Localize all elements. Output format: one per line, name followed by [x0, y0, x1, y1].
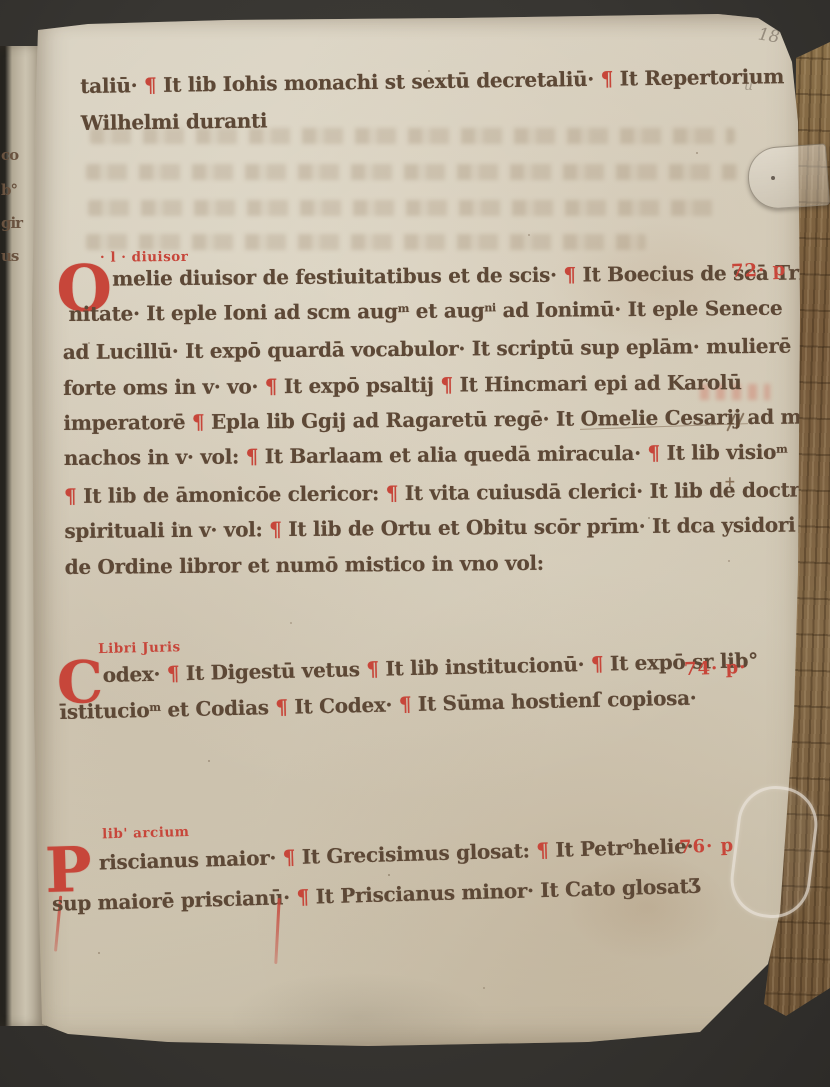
pilcrow-mark: ¶ — [536, 838, 556, 863]
photograph-background: { "manuscript": { "description": "Mediev… — [0, 0, 830, 1087]
margin-reference-mark: 76· p — [679, 835, 735, 858]
text-lines: melie diuisor de festiuitatibus et de sc… — [62, 255, 830, 585]
pilcrow-mark: ¶ — [386, 481, 405, 505]
parchment-specks — [28, 12, 30, 14]
text-run: riscianus maior· — [99, 845, 283, 874]
text-run: ni — [484, 301, 496, 314]
text-line: nitate· It eple Ioni ad scm augm et augn… — [62, 290, 830, 335]
pilcrow-mark: ¶ — [275, 695, 295, 719]
text-run: It Grecisimus glosat: — [301, 838, 536, 869]
text-run: taliū· — [80, 73, 144, 98]
text-run: It lib Iohis monachi st sextū decretaliū… — [163, 67, 601, 97]
parchment-stain — [228, 972, 488, 1062]
text-run: It lib de Ortu et Obitu scōr prīm· It dc… — [288, 513, 795, 541]
pilcrow-mark: ¶ — [64, 484, 83, 508]
text-run: nachos in v· vol: — [64, 444, 246, 470]
pilcrow-mark: ¶ — [265, 374, 284, 398]
edge-text-fragment: b° — [1, 181, 27, 199]
pilcrow-mark: ¶ — [144, 73, 163, 97]
tab-speck — [771, 176, 775, 180]
text-run: odex· — [102, 662, 167, 687]
text-run: Wilhelmi duranti — [81, 108, 268, 135]
text-lines: odex· ¶ It Digestū vetus ¶ It lib instit… — [58, 642, 759, 734]
showthrough-text-line — [88, 200, 718, 216]
pilcrow-mark: ¶ — [563, 262, 582, 286]
edge-text-fragment: co — [1, 146, 27, 164]
manuscript-page: 18 u taliū· ¶ It lib Iohis monachi st se… — [28, 12, 804, 1050]
text-run: m — [149, 701, 161, 714]
text-line: nachos in v· vol: ¶ It Barlaam et alia q… — [64, 434, 830, 479]
text-run: īstitucio — [59, 698, 149, 724]
pilcrow-mark: ¶ — [600, 66, 619, 90]
text-run: nitate· It eple Ioni ad scm aug — [68, 299, 397, 326]
catalog-entry-libri-arcium: lib' arcium P riscianus maior· ¶ It Grec… — [44, 812, 702, 922]
text-run: It Hincmari epi ad Karolū — [459, 370, 741, 396]
pilcrow-mark: ¶ — [296, 884, 316, 909]
text-run: It Codex· — [294, 692, 399, 718]
rubric-label: Libri Juris — [98, 639, 181, 657]
text-run: et aug — [409, 299, 484, 324]
text-line: spirituali in v· vol: ¶ It lib de Ortu e… — [64, 508, 830, 550]
catalog-entry-libri-juris: Libri Juris C odex· ¶ It Digestū vetus ¶… — [58, 628, 759, 734]
text-run: Epla lib Ggij ad Ragaretū regē· It Omeli… — [211, 404, 815, 433]
pilcrow-mark: ¶ — [591, 651, 611, 675]
pilcrow-mark: ¶ — [269, 517, 288, 541]
text-run: m — [776, 443, 787, 456]
catalog-entry-omelie: · l · diuisor O melie diuisor de festiui… — [62, 249, 830, 585]
pilcrow-mark: ¶ — [647, 441, 666, 465]
text-run: sup maiorē priscianū· — [52, 885, 297, 916]
text-run: ad Lucillū· It expō quardā vocabulor· It… — [63, 334, 791, 364]
text-run: It Digestū vetus — [186, 657, 367, 685]
text-run: o — [626, 839, 633, 852]
text-run: It lib institucionū· — [385, 652, 591, 681]
text-run: It lib visio — [666, 440, 776, 465]
text-run: ad Ionimū· It eple Senece — [496, 296, 783, 322]
pilcrow-mark: ¶ — [246, 444, 265, 468]
catalog-entry-continuation: taliū· ¶ It lib Iohis monachi st sextū d… — [80, 58, 785, 142]
pilcrow-mark: ¶ — [167, 661, 187, 685]
text-run: melie diuisor de festiuitatibus et de sc… — [112, 263, 563, 291]
text-lines: riscianus maior· ¶ It Grecisimus glosat:… — [44, 828, 701, 922]
pilcrow-mark: ¶ — [282, 845, 302, 870]
text-run: de Ordine libror et numō mistico in vno … — [65, 550, 544, 578]
showthrough-text-line — [86, 164, 738, 180]
text-run: It Barlaam et alia quedā miracula· — [265, 441, 648, 468]
transparent-index-tab — [746, 143, 830, 210]
text-run: It lib de āmonicōe clericor: — [83, 481, 386, 508]
pilcrow-mark: ¶ — [440, 372, 459, 396]
showthrough-text-line — [86, 234, 646, 250]
text-line: de Ordine libror et numō mistico in vno … — [65, 543, 830, 585]
pilcrow-mark: ¶ — [399, 692, 419, 716]
text-run: It Petr — [555, 836, 626, 862]
pilcrow-mark: ¶ — [192, 410, 211, 434]
text-run: m — [398, 302, 409, 315]
margin-reference-mark: 74· p· — [684, 657, 747, 680]
text-run: spirituali in v· vol: — [64, 518, 269, 544]
text-run: et Codias — [160, 695, 275, 722]
text-run: It expō psaltij — [284, 372, 441, 397]
text-run: imperatorē — [63, 410, 192, 435]
folio-number: 18 — [757, 24, 782, 47]
edge-text-fragment: us — [1, 247, 27, 265]
text-run: It Priscianus minor· It Cato glosat — [315, 874, 689, 908]
pilcrow-mark: ¶ — [366, 657, 386, 681]
text-lines: taliū· ¶ It lib Iohis monachi st sextū d… — [80, 58, 785, 142]
pen-cross-mark: + — [724, 474, 736, 490]
text-run: It Sūma hostienſ copiosa· — [418, 686, 697, 716]
text-run: Ʒ — [688, 874, 702, 898]
text-run: It Repertorium — [620, 64, 785, 90]
edge-text-fragment: gir — [1, 214, 27, 232]
margin-reference-mark: 72· p — [731, 259, 787, 282]
text-run: It vita cuiusdā clerici· It lib de doctr… — [405, 477, 830, 505]
text-run: forte oms in v· vo· — [63, 374, 265, 400]
rubric-label: lib' arcium — [102, 824, 190, 842]
